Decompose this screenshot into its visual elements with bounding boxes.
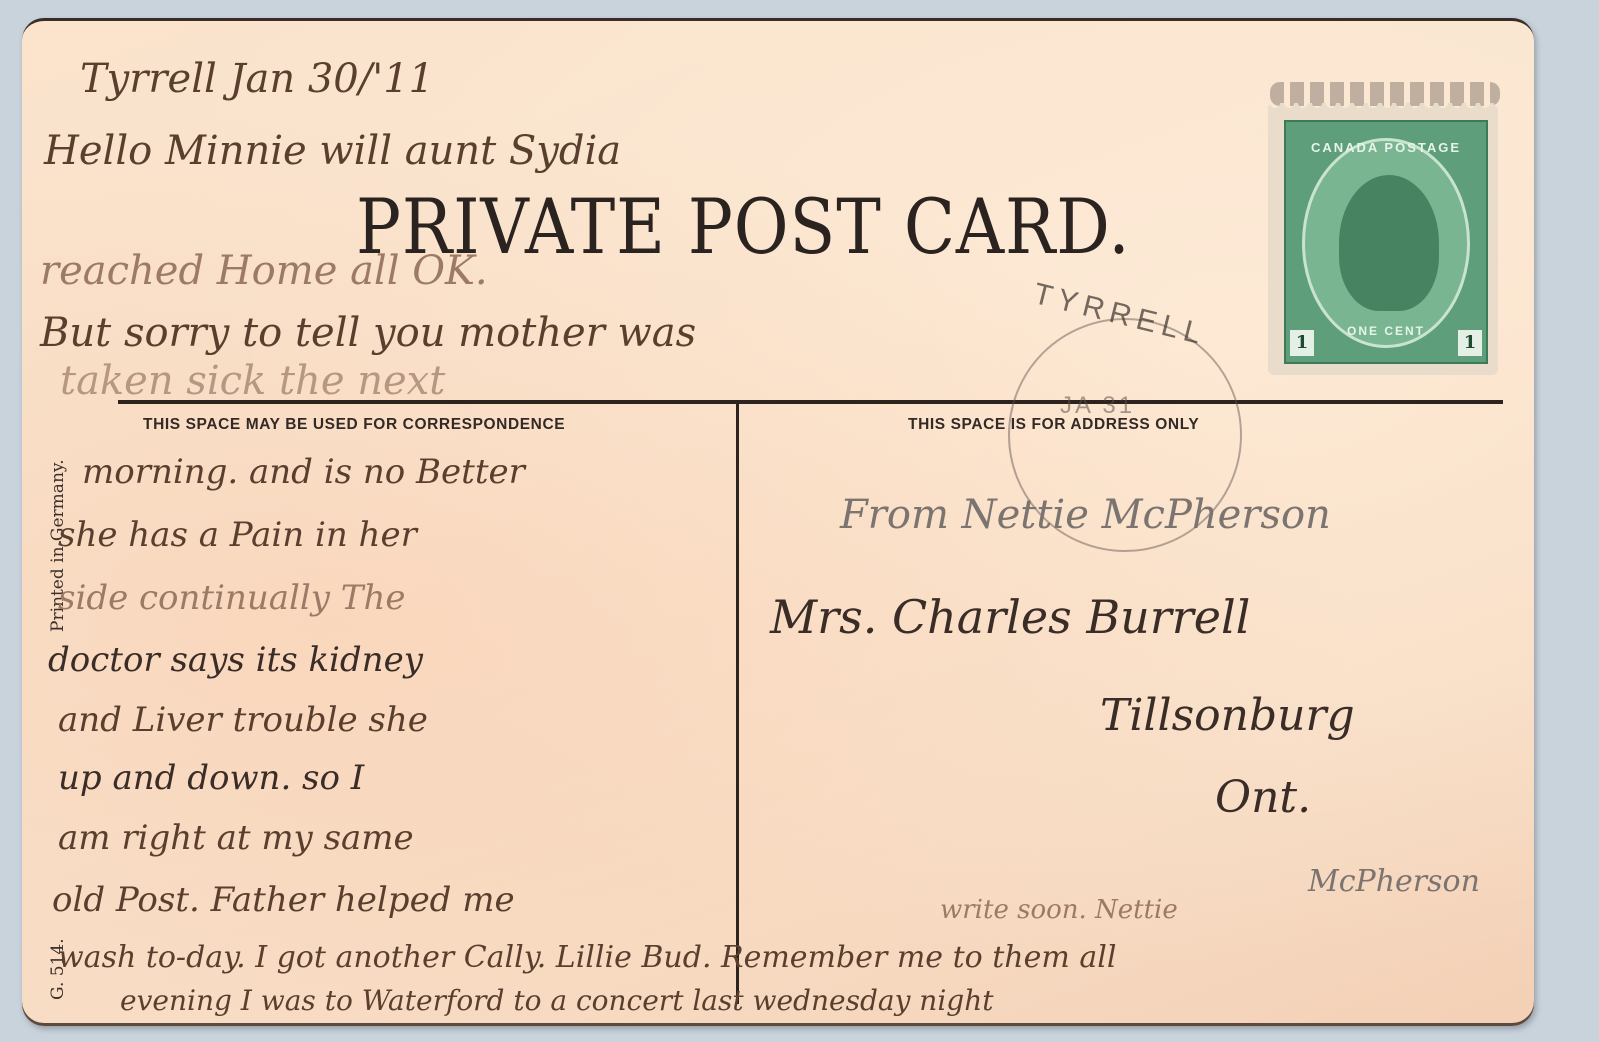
stamp-country: CANADA POSTAGE (1286, 140, 1486, 155)
from-line: From Nettie McPherson (840, 492, 1331, 538)
correspondence-label: THIS SPACE MAY BE USED FOR CORRESPONDENC… (143, 416, 565, 434)
message-line: doctor says its kidney (48, 640, 423, 680)
king-portrait-icon (1339, 175, 1439, 311)
message-line: wash to-day. I got another Cally. Lillie… (58, 940, 1116, 975)
message-line: up and down. so I (58, 758, 364, 798)
message-line: Hello Minnie will aunt Sydia (44, 128, 621, 174)
message-line: Tyrrell Jan 30/'11 (80, 56, 434, 102)
postmark-date: JA 31 (1060, 392, 1135, 420)
message-line: evening I was to Waterford to a concert … (120, 984, 993, 1017)
stamp-oval (1302, 138, 1470, 348)
margin-note: McPherson (1308, 864, 1480, 899)
message-line: But sorry to tell you mother was (40, 310, 696, 356)
recipient-name: Mrs. Charles Burrell (770, 590, 1250, 644)
message-line: old Post. Father helped me (52, 880, 515, 920)
message-line: morning. and is no Better (82, 452, 525, 492)
message-line: taken sick the next (60, 358, 445, 404)
recipient-province: Ont. (1215, 772, 1311, 823)
stamp-value-right: 1 (1458, 330, 1482, 356)
message-line: and Liver trouble she (58, 700, 428, 740)
message-line: reached Home all OK. (40, 248, 488, 294)
stamp-value-left: 1 (1290, 330, 1314, 356)
stamp-denomination: ONE CENT (1286, 324, 1486, 338)
message-line: she has a Pain in her (58, 515, 417, 555)
vertical-divider (736, 404, 739, 1004)
message-line: side continually The (58, 578, 406, 618)
message-signoff: write soon. Nettie (940, 895, 1178, 925)
postage-stamp: CANADA POSTAGE ONE CENT 1 1 (1284, 120, 1488, 364)
recipient-city: Tillsonburg (1100, 690, 1355, 741)
message-line: am right at my same (58, 818, 414, 858)
